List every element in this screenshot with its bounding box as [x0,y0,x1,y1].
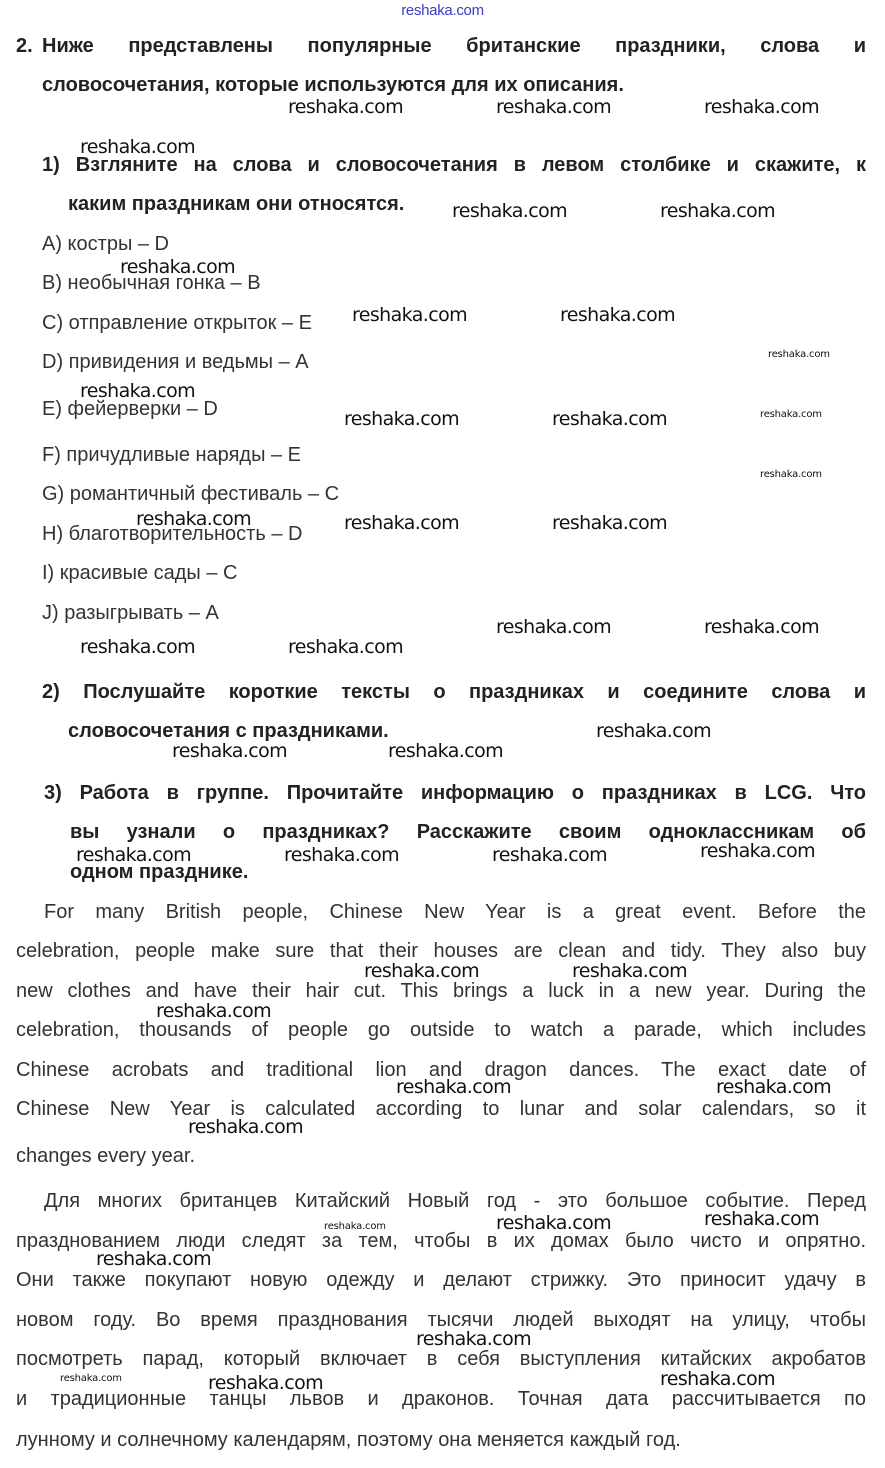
watermark: reshaka.com [552,512,667,534]
watermark: reshaka.com [364,960,479,982]
watermark: reshaka.com [452,200,567,222]
watermark-small: reshaka.com [768,349,830,360]
task-intro-line-1: Ниже представлены популярные британские … [42,35,866,58]
watermark: reshaka.com [136,508,251,530]
task-number: 2. [16,35,33,58]
watermark: reshaka.com [388,740,503,762]
watermark: reshaka.com [96,1248,211,1270]
english-text-line-3: new clothes and have their hair cut. Thi… [16,980,866,1003]
watermark: reshaka.com [492,844,607,866]
watermark: reshaka.com [288,636,403,658]
watermark: reshaka.com [156,1000,271,1022]
russian-text-line-7: лунному и солнечному календарям, поэтому… [16,1429,681,1452]
watermark: reshaka.com [496,616,611,638]
watermark: reshaka.com [80,380,195,402]
subtask-2-line-1: 2) Послушайте короткие тексты о праздник… [42,681,866,704]
watermark: reshaka.com [344,512,459,534]
watermark: reshaka.com [76,844,191,866]
watermark: reshaka.com [704,1208,819,1230]
english-text-line-6: Chinese New Year is calculated according… [16,1098,866,1121]
answer-item-f: F) причудливые наряды – E [42,444,301,467]
watermark: reshaka.com [208,1372,323,1394]
watermark: reshaka.com [496,1212,611,1234]
watermark: reshaka.com [396,1076,511,1098]
english-text-line-7: changes every year. [16,1145,195,1168]
site-watermark-header: reshaka.com [0,2,885,19]
task-intro-line-2: словосочетания, которые используются для… [42,74,866,97]
watermark-small: reshaka.com [60,1373,122,1384]
answer-item-c: C) отправление открыток – E [42,312,312,335]
watermark: reshaka.com [416,1328,531,1350]
watermark: reshaka.com [188,1116,303,1138]
watermark: reshaka.com [344,408,459,430]
watermark-small: reshaka.com [760,409,822,420]
watermark: reshaka.com [660,200,775,222]
english-text-line-4: celebration, thousands of people go outs… [16,1019,866,1042]
watermark: reshaka.com [80,636,195,658]
subtask-3-line-1: 3) Работа в группе. Прочитайте информаци… [44,782,866,805]
watermark: reshaka.com [716,1076,831,1098]
watermark-small: reshaka.com [760,469,822,480]
watermark: reshaka.com [552,408,667,430]
watermark: reshaka.com [572,960,687,982]
watermark: reshaka.com [496,96,611,118]
watermark: reshaka.com [704,96,819,118]
answer-item-d: D) привидения и ведьмы – A [42,351,309,374]
watermark: reshaka.com [172,740,287,762]
watermark: reshaka.com [120,256,235,278]
subtask-1-line-2: каким праздникам они относятся. [68,193,404,216]
answer-item-i: I) красивые сады – C [42,562,237,585]
watermark: reshaka.com [596,720,711,742]
russian-text-line-6: и традиционные танцы львов и драконов. Т… [16,1388,866,1411]
watermark: reshaka.com [660,1368,775,1390]
watermark: reshaka.com [288,96,403,118]
english-text-line-1: For many British people, Chinese New Yea… [44,901,866,924]
watermark: reshaka.com [700,840,815,862]
answer-item-a: A) костры – D [42,233,169,256]
watermark: reshaka.com [80,136,195,158]
answer-item-g: G) романтичный фестиваль – C [42,483,339,506]
watermark: reshaka.com [560,304,675,326]
watermark: reshaka.com [284,844,399,866]
russian-text-line-3: Они также покупают новую одежду и делают… [16,1269,866,1292]
answer-item-j: J) разыгрывать – A [42,602,219,625]
watermark-small: reshaka.com [324,1221,386,1232]
watermark: reshaka.com [352,304,467,326]
watermark: reshaka.com [704,616,819,638]
